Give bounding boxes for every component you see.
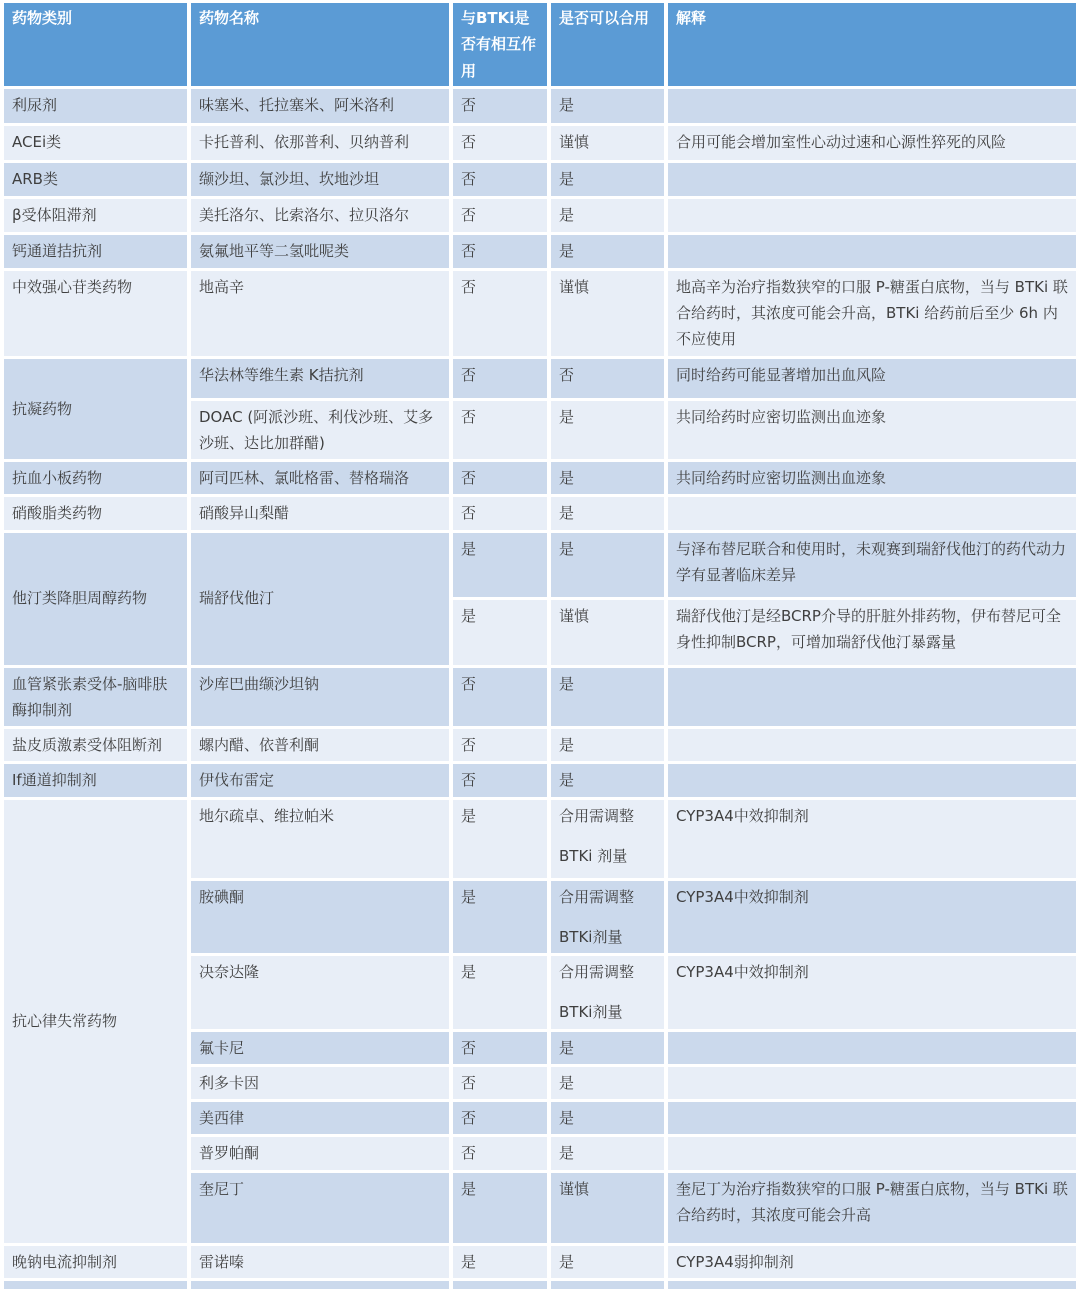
cell-drug-name: 缬沙坦、氯沙坦、坎地沙坦 xyxy=(191,163,449,196)
column-header-combined: 是否可以合用 xyxy=(551,3,664,86)
cell-interaction: 否 xyxy=(453,163,547,196)
cell-combined: 是 xyxy=(551,668,664,727)
cell-explanation xyxy=(668,1102,1076,1134)
cell-interaction: 否 xyxy=(453,271,547,356)
cell-cutoff xyxy=(4,1281,187,1289)
cell-explanation: 奎尼丁为治疗指数狭窄的口服 P-糖蛋白底物，当与 BTKi 联合给药时，其浓度可… xyxy=(668,1173,1076,1243)
cell-explanation: CYP3A4弱抑制剂 xyxy=(668,1246,1076,1278)
cell-combined: 是 xyxy=(551,1137,664,1169)
cell-interaction: 是 xyxy=(453,881,547,954)
table-row: 他汀类降胆周醇药物 瑞舒伐他汀 是 是 与泽布替尼联合和使用时，未观赛到瑞舒伐他… xyxy=(4,533,1076,597)
cell-interaction: 否 xyxy=(453,764,547,796)
cell-interaction: 否 xyxy=(453,359,547,398)
cell-explanation xyxy=(668,89,1076,123)
cell-combined: 是 xyxy=(551,497,664,529)
cell-explanation xyxy=(668,764,1076,796)
cell-interaction: 是 xyxy=(453,800,547,878)
cell-category: ARB类 xyxy=(4,163,187,196)
cell-interaction: 否 xyxy=(453,1067,547,1099)
cell-interaction: 是 xyxy=(453,1246,547,1278)
table-row: 中效强心苷类药物 地高辛 否 谨慎 地高辛为治疗指数狭窄的口服 P-糖蛋白底物，… xyxy=(4,271,1076,356)
table-row-cutoff xyxy=(4,1281,1076,1289)
cell-drug-name: 硝酸异山梨醋 xyxy=(191,497,449,529)
combined-line-2: BTKi 剂量 xyxy=(559,843,656,869)
cell-combined: 是 xyxy=(551,1067,664,1099)
cell-category: ACEi类 xyxy=(4,126,187,160)
cell-explanation xyxy=(668,199,1076,232)
combined-line-1: 合用需调整 xyxy=(559,959,656,985)
table-row: 抗心律失常药物 地尔疏卓、维拉帕米 是 合用需调整 BTKi 剂量 CYP3A4… xyxy=(4,800,1076,878)
cell-interaction: 否 xyxy=(453,199,547,232)
cell-category: β受体阻滞剂 xyxy=(4,199,187,232)
cell-explanation: 共同给药时应密切监测出血迹象 xyxy=(668,462,1076,494)
table-row: If通道抑制剂 伊伐布雷定 否 是 xyxy=(4,764,1076,796)
cell-drug-name: 胺碘酮 xyxy=(191,881,449,954)
cell-combined: 是 xyxy=(551,1246,664,1278)
cell-combined: 合用需调整 BTKi剂量 xyxy=(551,881,664,954)
cell-explanation xyxy=(668,163,1076,196)
cell-category: 钙通道拮抗剂 xyxy=(4,235,187,268)
cell-interaction: 否 xyxy=(453,235,547,268)
cell-category: 抗凝药物 xyxy=(4,359,187,460)
cell-combined: 是 xyxy=(551,89,664,123)
cell-explanation: 合用可能会增加室性心动过速和心源性猝死的风险 xyxy=(668,126,1076,160)
cell-explanation: 与泽布替尼联合和使用时，未观赛到瑞舒伐他汀的药代动力学有显著临床差异 xyxy=(668,533,1076,597)
cell-explanation xyxy=(668,1067,1076,1099)
cell-drug-name: 华法林等维生素 K拮抗剂 xyxy=(191,359,449,398)
cell-explanation xyxy=(668,1137,1076,1169)
cell-drug-name: 地尔疏卓、维拉帕米 xyxy=(191,800,449,878)
cell-combined: 谨慎 xyxy=(551,126,664,160)
cell-explanation: 瑞舒伐他汀是经BCRP介导的肝脏外排药物，伊布替尼可全身性抑制BCRP，可增加瑞… xyxy=(668,600,1076,665)
cell-drug-name: 利多卡因 xyxy=(191,1067,449,1099)
cell-interaction: 是 xyxy=(453,1173,547,1243)
table-row: 晚钠电流抑制剂 雷诺嗪 是 是 CYP3A4弱抑制剂 xyxy=(4,1246,1076,1278)
cell-combined: 是 xyxy=(551,764,664,796)
cell-category: If通道抑制剂 xyxy=(4,764,187,796)
table-row: 硝酸脂类药物 硝酸异山梨醋 否 是 xyxy=(4,497,1076,529)
table-row: 钙通道拮抗剂 氨氟地平等二氢吡呢类 否 是 xyxy=(4,235,1076,268)
column-header-interaction: 与BTKi是否有相互作用 xyxy=(453,3,547,86)
cell-cutoff xyxy=(453,1281,547,1289)
cell-category: 晚钠电流抑制剂 xyxy=(4,1246,187,1278)
cell-explanation: CYP3A4中效抑制剂 xyxy=(668,956,1076,1029)
cell-explanation: CYP3A4中效抑制剂 xyxy=(668,800,1076,878)
table-row: 利尿剂 味塞米、托拉塞米、阿米洛利 否 是 xyxy=(4,89,1076,123)
combined-line-2: BTKi剂量 xyxy=(559,999,656,1025)
cell-drug-name: 味塞米、托拉塞米、阿米洛利 xyxy=(191,89,449,123)
cell-drug-name: 普罗帕酮 xyxy=(191,1137,449,1169)
cell-drug-name: 奎尼丁 xyxy=(191,1173,449,1243)
cell-explanation xyxy=(668,497,1076,529)
combined-line-1: 合用需调整 xyxy=(559,803,656,829)
cell-interaction: 否 xyxy=(453,126,547,160)
cell-combined: 谨慎 xyxy=(551,600,664,665)
cell-cutoff xyxy=(191,1281,449,1289)
cell-interaction: 否 xyxy=(453,729,547,761)
cell-category: 他汀类降胆周醇药物 xyxy=(4,533,187,665)
cell-combined: 是 xyxy=(551,163,664,196)
table-row: β受体阻滞剂 美托洛尔、比索洛尔、拉贝洛尔 否 是 xyxy=(4,199,1076,232)
cell-interaction: 是 xyxy=(453,600,547,665)
cell-combined: 是 xyxy=(551,401,664,460)
cell-interaction: 否 xyxy=(453,1102,547,1134)
cell-drug-name: 阿司匹林、氯吡格雷、替格瑞洛 xyxy=(191,462,449,494)
cell-combined: 合用需调整 BTKi剂量 xyxy=(551,956,664,1029)
cell-interaction: 是 xyxy=(453,956,547,1029)
column-header-explanation: 解释 xyxy=(668,3,1076,86)
cell-drug-name: DOAC (阿派沙班、利伐沙班、艾多沙班、达比加群醋) xyxy=(191,401,449,460)
cell-explanation xyxy=(668,235,1076,268)
cell-drug-name: 卡托普利、依那普利、贝纳普利 xyxy=(191,126,449,160)
cell-drug-name: 雷诺嗪 xyxy=(191,1246,449,1278)
table-row: 抗凝药物 华法林等维生素 K拮抗剂 否 否 同时给药可能显著增加出血风险 xyxy=(4,359,1076,398)
cell-drug-name: 氟卡尼 xyxy=(191,1032,449,1064)
cell-combined: 是 xyxy=(551,533,664,597)
table-row: 盐皮质激素受体阻断剂 螺内醋、依普利酮 否 是 xyxy=(4,729,1076,761)
column-header-category: 药物类别 xyxy=(4,3,187,86)
cell-interaction: 否 xyxy=(453,1137,547,1169)
combined-line-2: BTKi剂量 xyxy=(559,924,656,950)
cell-explanation: 同时给药可能显著增加出血风险 xyxy=(668,359,1076,398)
cell-combined: 是 xyxy=(551,1102,664,1134)
cell-combined: 否 xyxy=(551,359,664,398)
cell-explanation: 地高辛为治疗指数狭窄的口服 P-糖蛋白底物，当与 BTKi 联合给药时，其浓度可… xyxy=(668,271,1076,356)
cell-drug-name: 美托洛尔、比索洛尔、拉贝洛尔 xyxy=(191,199,449,232)
cell-drug-name: 美西律 xyxy=(191,1102,449,1134)
combined-line-1: 合用需调整 xyxy=(559,884,656,910)
cell-category: 血管紧张素受体-脑啡肤酶抑制剂 xyxy=(4,668,187,727)
cell-explanation: 共同给药时应密切监测出血迹象 xyxy=(668,401,1076,460)
cell-drug-name: 氨氟地平等二氢吡呢类 xyxy=(191,235,449,268)
cell-interaction: 否 xyxy=(453,497,547,529)
cell-interaction: 否 xyxy=(453,401,547,460)
cell-category: 抗血小板药物 xyxy=(4,462,187,494)
cell-drug-name: 瑞舒伐他汀 xyxy=(191,533,449,665)
cell-drug-name: 螺内醋、依普利酮 xyxy=(191,729,449,761)
cell-combined: 是 xyxy=(551,1032,664,1064)
table-row: ARB类 缬沙坦、氯沙坦、坎地沙坦 否 是 xyxy=(4,163,1076,196)
cell-combined: 合用需调整 BTKi 剂量 xyxy=(551,800,664,878)
cell-cutoff xyxy=(668,1281,1076,1289)
table-header-row: 药物类别 药物名称 与BTKi是否有相互作用 是否可以合用 解释 xyxy=(4,3,1076,86)
cell-explanation xyxy=(668,729,1076,761)
cell-drug-name: 地高辛 xyxy=(191,271,449,356)
cell-category: 盐皮质激素受体阻断剂 xyxy=(4,729,187,761)
cell-interaction: 否 xyxy=(453,1032,547,1064)
cell-explanation xyxy=(668,668,1076,727)
cell-combined: 是 xyxy=(551,729,664,761)
cell-interaction: 是 xyxy=(453,533,547,597)
cell-category: 利尿剂 xyxy=(4,89,187,123)
cell-combined: 是 xyxy=(551,235,664,268)
cell-category: 硝酸脂类药物 xyxy=(4,497,187,529)
table-row: ACEi类 卡托普利、依那普利、贝纳普利 否 谨慎 合用可能会增加室性心动过速和… xyxy=(4,126,1076,160)
drug-interaction-table: 药物类别 药物名称 与BTKi是否有相互作用 是否可以合用 解释 利尿剂 味塞米… xyxy=(0,0,1080,1292)
cell-explanation xyxy=(668,1032,1076,1064)
cell-drug-name: 伊伐布雷定 xyxy=(191,764,449,796)
cell-interaction: 否 xyxy=(453,462,547,494)
column-header-drug-name: 药物名称 xyxy=(191,3,449,86)
cell-category: 抗心律失常药物 xyxy=(4,800,187,1243)
cell-drug-name: 决奈达隆 xyxy=(191,956,449,1029)
cell-combined: 是 xyxy=(551,199,664,232)
cell-interaction: 否 xyxy=(453,668,547,727)
cell-combined: 谨慎 xyxy=(551,1173,664,1243)
cell-category: 中效强心苷类药物 xyxy=(4,271,187,356)
table-row: 血管紧张素受体-脑啡肤酶抑制剂 沙库巴曲缬沙坦钠 否 是 xyxy=(4,668,1076,727)
cell-cutoff xyxy=(551,1281,664,1289)
cell-drug-name: 沙库巴曲缬沙坦钠 xyxy=(191,668,449,727)
table-row: 抗血小板药物 阿司匹林、氯吡格雷、替格瑞洛 否 是 共同给药时应密切监测出血迹象 xyxy=(4,462,1076,494)
cell-combined: 是 xyxy=(551,462,664,494)
cell-combined: 谨慎 xyxy=(551,271,664,356)
cell-explanation: CYP3A4中效抑制剂 xyxy=(668,881,1076,954)
cell-interaction: 否 xyxy=(453,89,547,123)
